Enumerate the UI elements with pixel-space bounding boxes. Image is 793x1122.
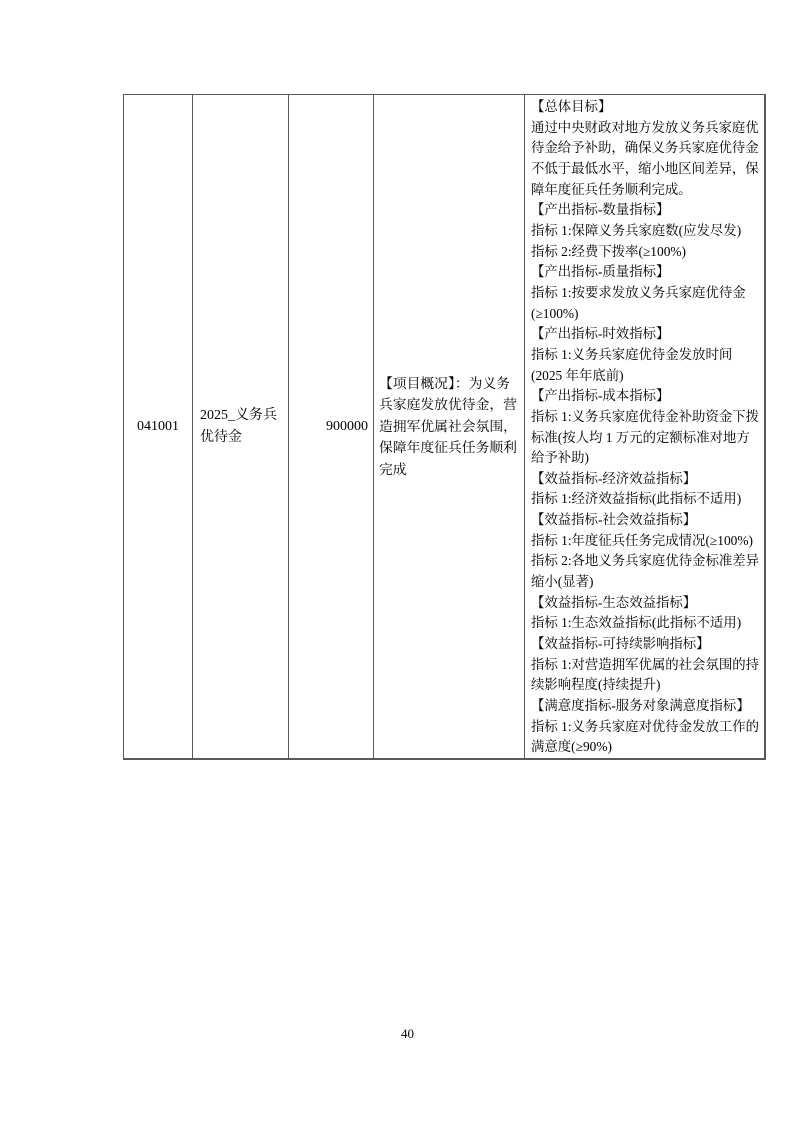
text-line: 指标 2:经费下拨率(≥100%) bbox=[531, 242, 761, 263]
text-line: 缩小(显著) bbox=[531, 572, 761, 593]
text-line: 标准(按人均 1 万元的定额标准对地方 bbox=[531, 428, 761, 449]
budget-amount-value: 900000 bbox=[326, 419, 368, 435]
text-line: 保障年度征兵任务顺利 bbox=[379, 437, 517, 459]
cell-project-code: 041001 bbox=[124, 95, 193, 758]
project-name-value: 2025_义务兵优待金 bbox=[200, 405, 284, 448]
text-line: 【效益指标-社会效益指标】 bbox=[531, 510, 761, 531]
cell-performance-targets: 【总体目标】通过中央财政对地方发放义务兵家庭优待金给予补助，确保义务兵家庭优待金… bbox=[525, 95, 764, 758]
text-line: 指标 1:年度征兵任务完成情况(≥100%) bbox=[531, 531, 761, 552]
text-line: 【效益指标-生态效益指标】 bbox=[531, 593, 761, 614]
project-performance-table: 041001 2025_义务兵优待金 900000 【项目概况】：为义务兵家庭发… bbox=[123, 94, 766, 760]
text-line: 指标 1:义务兵家庭优待金补助资金下拨 bbox=[531, 407, 761, 428]
text-line: 续影响程度(持续提升) bbox=[531, 675, 761, 696]
text-line: 【产出指标-数量指标】 bbox=[531, 200, 761, 221]
document-page: 041001 2025_义务兵优待金 900000 【项目概况】：为义务兵家庭发… bbox=[0, 0, 793, 1122]
text-line: 【产出指标-成本指标】 bbox=[531, 386, 761, 407]
text-line: 指标 1:保障义务兵家庭数(应发尽发) bbox=[531, 221, 761, 242]
text-line: 【产出指标-时效指标】 bbox=[531, 324, 761, 345]
text-line: 指标 2:各地义务兵家庭优待金标准差异 bbox=[531, 551, 761, 572]
text-line: 通过中央财政对地方发放义务兵家庭优 bbox=[531, 118, 761, 139]
text-line: 指标 1:对营造拥军优属的社会氛围的持 bbox=[531, 655, 761, 676]
text-line: 不低于最低水平，缩小地区间差异，保 bbox=[531, 159, 761, 180]
text-line: 障年度征兵任务顺利完成。 bbox=[531, 180, 761, 201]
text-line: 待金给予补助，确保义务兵家庭优待金 bbox=[531, 138, 761, 159]
text-line: 【总体目标】 bbox=[531, 97, 761, 118]
text-line: 指标 1:义务兵家庭优待金发放时间 bbox=[531, 345, 761, 366]
text-line: 【满意度指标-服务对象满意度指标】 bbox=[531, 696, 761, 717]
text-line: 指标 1:生态效益指标(此指标不适用) bbox=[531, 613, 761, 634]
text-line: 【效益指标-可持续影响指标】 bbox=[531, 634, 761, 655]
text-line: (≥100%) bbox=[531, 304, 761, 325]
cell-project-overview: 【项目概况】：为义务兵家庭发放优待金，营造拥军优属社会氛围，保障年度征兵任务顺利… bbox=[374, 95, 525, 758]
page-number: 40 bbox=[401, 1026, 414, 1042]
text-line: 兵家庭发放优待金，营 bbox=[379, 394, 517, 416]
text-line: 给予补助) bbox=[531, 448, 761, 469]
project-code-value: 041001 bbox=[137, 419, 179, 435]
text-line: 【项目概况】：为义务 bbox=[379, 373, 517, 395]
text-line: 满意度(≥90%) bbox=[531, 737, 761, 758]
text-line: 指标 1:经济效益指标(此指标不适用) bbox=[531, 489, 761, 510]
cell-budget-amount: 900000 bbox=[289, 95, 374, 758]
text-line: 指标 1:义务兵家庭对优待金发放工作的 bbox=[531, 717, 761, 738]
text-line: 【产出指标-质量指标】 bbox=[531, 262, 761, 283]
cell-project-name: 2025_义务兵优待金 bbox=[193, 95, 289, 758]
text-line: 造拥军优属社会氛围， bbox=[379, 416, 517, 438]
text-line: 完成 bbox=[379, 459, 517, 481]
text-line: 指标 1:按要求发放义务兵家庭优待金 bbox=[531, 283, 761, 304]
text-line: 【效益指标-经济效益指标】 bbox=[531, 469, 761, 490]
project-overview-text: 【项目概况】：为义务兵家庭发放优待金，营造拥军优属社会氛围，保障年度征兵任务顺利… bbox=[379, 373, 517, 481]
text-line: (2025 年年底前) bbox=[531, 366, 761, 387]
